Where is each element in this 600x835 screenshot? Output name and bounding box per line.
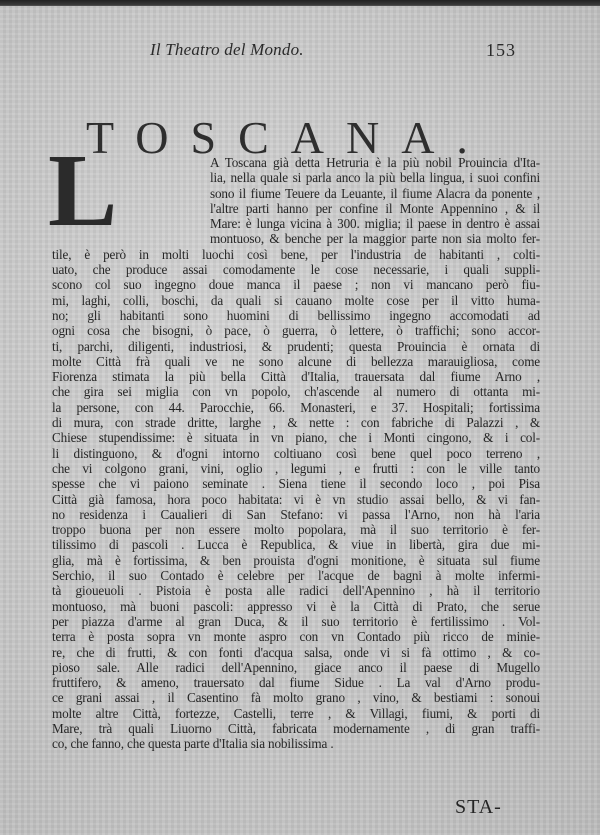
chapter-title: TOSCANA. [86, 115, 490, 161]
text-line: troppo buona per non essere molto popola… [52, 522, 540, 537]
text-line: la persone, con 44. Parocchie, 66. Monas… [52, 400, 540, 415]
text-line: tà gioueuoli . Pistoia è posta alle radi… [52, 583, 540, 598]
page-number: 153 [486, 40, 516, 61]
text-line: ogni cosa che bisogni, ò pace, ò guerra,… [52, 323, 540, 338]
text-line: montuoso, mà buoni pascoli: appresso vi … [52, 599, 540, 614]
text-line: Mare: è lunga vicina à 300. miglia; il p… [210, 216, 540, 231]
text-line: glia, mà è fortissima, & ben prouista d'… [52, 553, 540, 568]
catchword: STA- [455, 796, 502, 819]
text-line: tile, è però in molti luochi così bene, … [52, 247, 540, 262]
text-line: ce grani assai , il Casentino fà molto g… [52, 690, 540, 705]
text-line: tilissimo di pascoli . Lucca è Republica… [52, 537, 540, 552]
text-line: Fiorenza stimata la più bella Città d'It… [52, 369, 540, 384]
text-line: Mare, trà quali Liuorno Città, fabricata… [52, 721, 540, 736]
running-head: Il Theatro del Mondo. [150, 40, 304, 60]
text-line: re, che di frutti, & con fonti d'acqua s… [52, 645, 540, 660]
text-line: molte Città frà quali ve ne sono alcune … [52, 354, 540, 369]
text-line: Chiese stupendissime: è situata in vn pi… [52, 430, 540, 445]
body-paragraph: A Toscana già detta Hetruria è la più no… [52, 155, 540, 752]
text-line: spesse che vi paiono seminate . Siena ti… [52, 476, 540, 491]
text-line: per piazza d'arme al gran Duca, & il suo… [52, 614, 540, 629]
text-line: scono col suo ingegno doue manca il paes… [52, 277, 540, 292]
text-line: sono il fiume Teuere da Leuante, il fium… [210, 186, 540, 201]
text-line: fruttifero, & ameno, trauersato dal fium… [52, 675, 540, 690]
text-line: A Toscana già detta Hetruria è la più no… [210, 155, 540, 170]
text-line: di mura, con strade dritte, larghe , & n… [52, 415, 540, 430]
text-line: no residenza i Caualieri di San Stefano:… [52, 507, 540, 522]
text-line: uato, che produce assai comodamente le c… [52, 262, 540, 277]
text-line: l'altre parti hanno per confine il Monte… [210, 201, 540, 216]
text-line: che gira sei miglia con vn popolo, ch'as… [52, 384, 540, 399]
text-line: li distinguono, & d'ogni intorno coltiua… [52, 446, 540, 461]
text-line: Città già famosa, hora poco habitata: vi… [52, 492, 540, 507]
text-line: co, che fanno, che questa parte d'Italia… [52, 736, 540, 751]
text-line: montuoso, & benche per la maggior parte … [210, 231, 540, 246]
text-line: che vi colgono grani, vini, oglio , legu… [52, 461, 540, 476]
book-page: Il Theatro del Mondo. 153 TOSCANA. L A T… [0, 6, 600, 835]
text-line: no; gli habitanti sono huomini di bellis… [52, 308, 540, 323]
text-line: Serchio, il suo Contado è celebre per l'… [52, 568, 540, 583]
text-line: ti, parchi, diligenti, industriosi, & pr… [52, 339, 540, 354]
text-line: molte altre Città, fortezze, Castelli, t… [52, 706, 540, 721]
text-line: pioso sale. Alle radici dell'Apennino, g… [52, 660, 540, 675]
text-line: terra è posta sopra vn monte aspro con v… [52, 629, 540, 644]
text-line: mi, laghi, colli, boschi, da quali si ca… [52, 293, 540, 308]
text-line: lia, nella quale si parla anco la più be… [210, 170, 540, 185]
